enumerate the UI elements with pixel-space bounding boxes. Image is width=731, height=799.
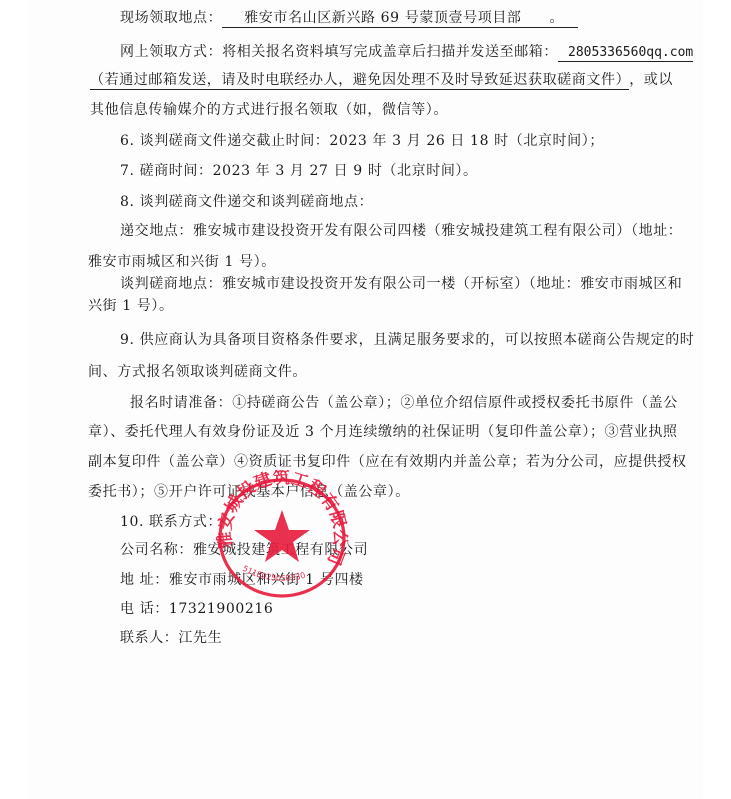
pickup-site-value: 雅安市名山区新兴路 69 号蒙顶壹号项目部 — [222, 10, 549, 28]
email-link[interactable]: 2805336560qq.com — [558, 45, 693, 62]
online-pickup-line3: 其他信息传输媒介的方式进行报名领取（如，微信等）。 — [90, 100, 448, 120]
online-pickup-note-line: （若通过邮箱发送，请及时电联经办人，避免因处理不及时导致延迟获取磋商文件），或以 — [90, 70, 673, 90]
submit-location-line2: 雅安市雨城区和兴街 1 号）。 — [88, 252, 276, 272]
contact-address: 地 址：雅安市雨城区和兴街 1 号四楼 — [120, 570, 364, 590]
item-8-heading: 8. 谈判磋商文件递交和谈判磋商地点： — [120, 192, 373, 212]
submit-location-line1: 递交地点：雅安城市建设投资开发有限公司四楼（雅安城投建筑工程有限公司）（地址： — [120, 221, 682, 241]
prep-line2: 章）、委托代理人有效身份证及近 3 个月连续缴纳的社保证明（复印件盖公章）；③营… — [88, 422, 678, 442]
item-10-heading: 10. 联系方式： — [120, 512, 222, 532]
pickup-site-label: 现场领取地点： — [120, 10, 222, 26]
negotiate-location-line2: 兴街 1 号）。 — [88, 296, 174, 316]
prep-line1: 报名时请准备：①持磋商公告（盖公章）；②单位介绍信原件或授权委托书原件（盖公 — [130, 393, 678, 413]
prep-line3: 副本复印件（盖公章）④资质证书复印件（应在有效期内并盖公章；若为分公司，应提供授… — [88, 452, 687, 472]
pickup-site-end: 。 — [550, 10, 579, 28]
negotiate-location-line1: 谈判磋商地点：雅安城市建设投资开发有限公司一楼（开标室）（地址：雅安市雨城区和 — [120, 274, 682, 294]
online-pickup-note: （若通过邮箱发送，请及时电联经办人，避免因处理不及时导致延迟获取磋商文件） — [90, 72, 629, 90]
online-pickup-text: 将相关报名资料填写完成盖章后扫描并发送至邮箱： — [222, 44, 558, 60]
contact-person: 联系人：江先生 — [120, 628, 222, 648]
item-9-line1: 9. 供应商认为具备项目资格条件要求，且满足服务要求的，可以按照本磋商公告规定的… — [120, 330, 694, 350]
pickup-site-line: 现场领取地点：雅安市名山区新兴路 69 号蒙顶壹号项目部。 — [120, 8, 578, 28]
item-6: 6. 谈判磋商文件递交截止时间：2023 年 3 月 26 日 18 时（北京时… — [120, 131, 604, 151]
prep-line4: 委托书）；⑤开户许可证或基本户信息（盖公章）。 — [88, 482, 410, 502]
contact-company: 公司名称：雅安城投建筑工程有限公司 — [120, 540, 368, 560]
online-pickup-tail: ，或以 — [629, 72, 673, 88]
online-pickup-line: 网上领取方式：将相关报名资料填写完成盖章后扫描并发送至邮箱：2805336560… — [120, 42, 693, 63]
online-pickup-label: 网上领取方式： — [120, 44, 222, 60]
contact-phone: 电 话：17321900216 — [120, 599, 273, 619]
item-9-line2: 间、方式报名领取谈判磋商文件。 — [88, 362, 307, 382]
item-7: 7. 磋商时间：2023 年 3 月 27 日 9 时（北京时间）。 — [120, 161, 478, 181]
